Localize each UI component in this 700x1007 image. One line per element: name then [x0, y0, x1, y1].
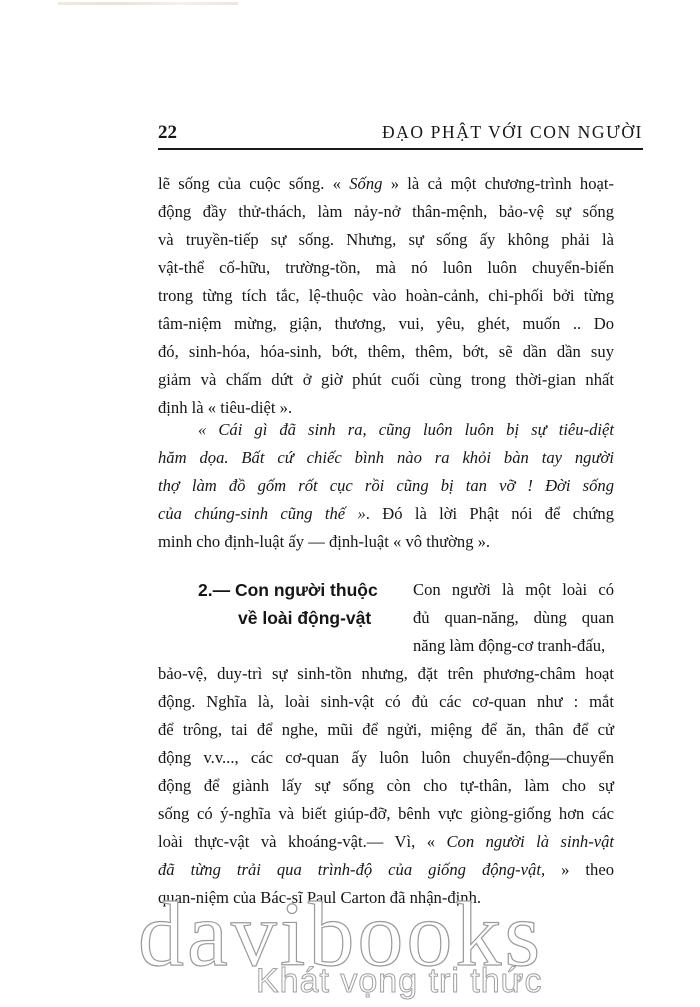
italic-run: Sống: [349, 174, 382, 193]
body-line: để trông, tai để nghe, mũi để ngửi, miện…: [158, 720, 614, 740]
body-line: năng làm động-cơ tranh-đấu,: [413, 636, 614, 656]
quote-line: « Cái gì đã sinh ra, cũng luôn luôn bị s…: [198, 420, 614, 440]
book-page: 22 ĐẠO PHẬT VỚI CON NGƯỜI lẽ sống của cu…: [0, 0, 700, 1007]
italic-run: của chúng-sinh cũng thế »: [158, 504, 366, 523]
body-line: tâm-niệm mừng, giận, thương, vui, yêu, g…: [158, 314, 614, 334]
quote-line: thợ làm đồ gốm rốt cục rồi cũng bị tan v…: [158, 476, 614, 496]
text-run: » theo: [561, 860, 614, 879]
body-line: và truyền-tiếp sự sống. Nhưng, sự sống ấ…: [158, 230, 614, 250]
body-line: động để giành lấy sự sống còn cho tự-thâ…: [158, 776, 614, 796]
body-line: vật-thể cố-hữu, trường-tồn, mà nó luôn l…: [158, 258, 614, 278]
body-line: bảo-vệ, duy-trì sự sinh-tồn nhưng, đặt t…: [158, 664, 614, 684]
body-line: sống có ý-nghĩa và biết giúp-đỡ, bênh vự…: [158, 804, 614, 824]
page-header: 22 ĐẠO PHẬT VỚI CON NGƯỜI: [158, 118, 643, 148]
page-number: 22: [158, 122, 177, 144]
body-line: của chúng-sinh cũng thế ». Đó là lời Phậ…: [158, 504, 614, 524]
header-rule: [158, 148, 643, 150]
body-line: động đầy thử-thách, làm nảy-nở thân-mệnh…: [158, 202, 614, 222]
italic-run: Con người là sinh-vật: [446, 832, 614, 851]
italic-run: đã từng trải qua trình-độ của giống động…: [158, 860, 545, 879]
body-line: động. Nghĩa là, loài sinh-vật có đủ các …: [158, 692, 614, 712]
body-line: định là « tiêu-diệt ».: [158, 398, 614, 418]
text-run: . Đó là lời Phật nói để chứng: [366, 504, 614, 523]
body-line: đó, sinh-hóa, hóa-sinh, bớt, thêm, thêm,…: [158, 342, 614, 362]
body-line: loài thực-vật và khoáng-vật.— Vì, « Con …: [158, 832, 614, 852]
section-heading: 2.— Con người thuộc: [198, 580, 378, 601]
body-line: động v.v..., các cơ-quan ấy luôn luôn ch…: [158, 748, 614, 768]
body-line: đủ quan-năng, dùng quan: [413, 608, 614, 628]
body-line: giảm và chấm dứt ở giờ phút cuối cùng tr…: [158, 370, 614, 390]
body-line: Con người là một loài có: [413, 580, 614, 600]
text-run: » là cả một chương-trình hoạt-: [382, 174, 614, 193]
scan-edge-smudge: [58, 2, 238, 5]
text-run: loài thực-vật và khoáng-vật.— Vì, «: [158, 832, 446, 851]
body-line: lẽ sống của cuộc sống. « Sống » là cả mộ…: [158, 174, 614, 194]
quote-line: hăm dọa. Bất cứ chiếc bình nào ra khỏi b…: [158, 448, 614, 468]
section-heading: về loài động-vật: [238, 608, 371, 629]
body-line: trong từng tích tắc, lệ-thuộc vào hoàn-c…: [158, 286, 614, 306]
body-line: đã từng trải qua trình-độ của giống động…: [158, 860, 614, 880]
body-line: minh cho định-luật ấy — định-luật « vô t…: [158, 532, 614, 552]
watermark-tagline: Khát vọng tri thức: [256, 962, 542, 1001]
text-run: lẽ sống của cuộc sống. «: [158, 174, 349, 193]
running-title: ĐẠO PHẬT VỚI CON NGƯỜI: [382, 122, 643, 143]
